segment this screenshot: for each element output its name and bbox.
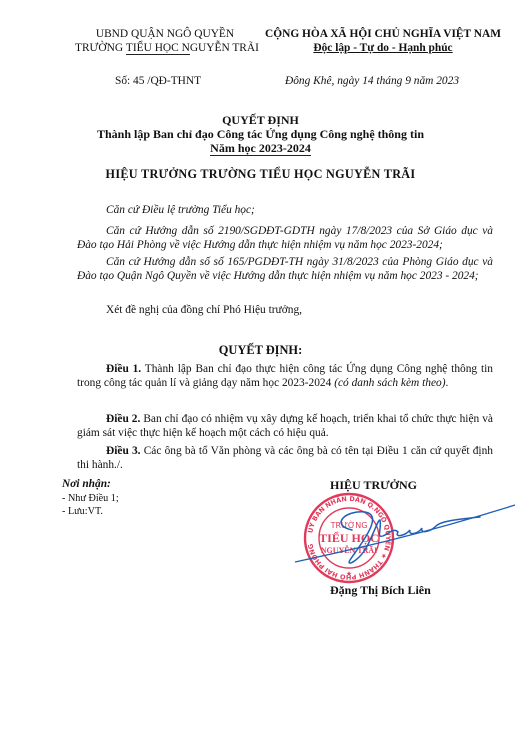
national-motto: CỘNG HÒA XÃ HỘI CHỦ NGHĨA VIỆT NAM Độc l… (258, 27, 508, 55)
recipient-item: - Như Điều 1; (62, 493, 119, 504)
article-3: Điều 3. Các ông bà tổ Văn phòng và các ô… (77, 444, 493, 472)
recipient-item: - Lưu:VT. (62, 506, 103, 517)
basis-2: Căn cứ Hướng dẫn số 2190/SGDĐT-GDTH ngày… (77, 224, 493, 252)
decision-heading: QUYẾT ĐỊNH: (0, 343, 521, 358)
issuer-title: HIỆU TRƯỞNG TRƯỜNG TIỂU HỌC NGUYỄN TRÃI (0, 167, 521, 182)
document-number: Số: 45 /QĐ-THNT (115, 75, 201, 87)
issuing-authority: UBND QUẬN NGÔ QUYỀN TRƯỜNG TIỂU HỌC NGUY… (75, 27, 255, 55)
article-1: Điều 1. Thành lập Ban chỉ đạo thực hiện … (77, 362, 493, 390)
district-name: UBND QUẬN NGÔ QUYỀN (75, 27, 255, 41)
place-date: Đông Khê, ngày 14 tháng 9 năm 2023 (285, 75, 459, 87)
country-name: CỘNG HÒA XÃ HỘI CHỦ NGHĨA VIỆT NAM (258, 27, 508, 41)
article-2: Điều 2. Ban chỉ đạo có nhiệm vụ xây dựng… (77, 412, 493, 440)
recipients-title: Nơi nhận: (62, 478, 111, 491)
handwritten-signature-icon (290, 490, 520, 570)
document-subject: Thành lập Ban chỉ đạo Công tác Ứng dụng … (0, 127, 521, 141)
document-type: QUYẾT ĐỊNH (0, 113, 521, 127)
proposal: Xét đề nghị của đồng chí Phó Hiệu trưởng… (77, 303, 493, 317)
signer-name: Đặng Thị Bích Liên (330, 583, 431, 598)
motto: Độc lập - Tự do - Hạnh phúc (258, 41, 508, 55)
school-year: Năm học 2023-2024 (0, 141, 521, 155)
basis-3: Căn cứ Hướng dẫn số số 165/PGDĐT-TH ngày… (77, 255, 493, 283)
svg-text:★: ★ (346, 570, 352, 578)
school-name: TRƯỜNG TIỂU HỌC NGUYỄN TRÃI (75, 41, 255, 55)
basis-1: Căn cứ Điều lệ trường Tiểu học; (77, 203, 493, 217)
